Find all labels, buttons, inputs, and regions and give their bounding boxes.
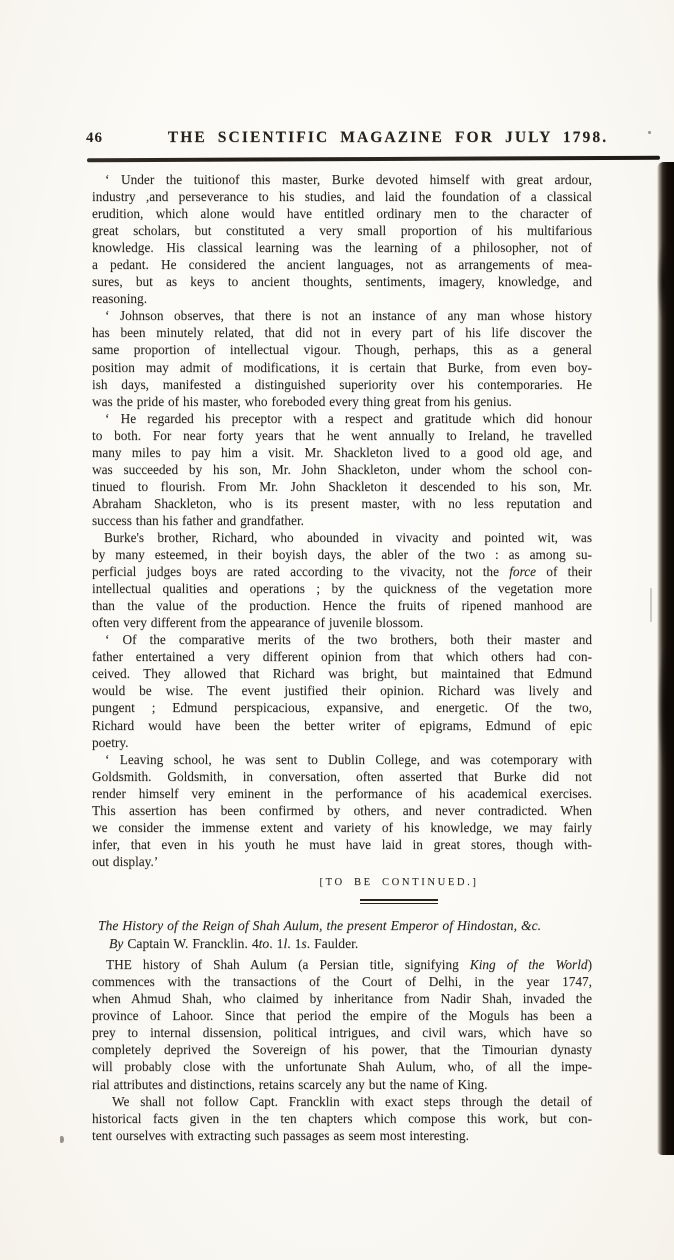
scan-speck (648, 131, 651, 134)
text-line: historical facts given in the ten chapte… (92, 1110, 592, 1127)
text-line: ‘ He regarded his preceptor with a respe… (92, 410, 592, 427)
journal-title: THE SCIENTIFIC MAGAZINE FOR JULY 1798. (150, 129, 626, 147)
text-line: reasoning. (92, 290, 592, 307)
header-rule (87, 156, 660, 162)
article-paragraph: ‘ He regarded his preceptor with a respe… (92, 410, 592, 529)
article-paragraph: ‘ Leaving school, he was sent to Dublin … (92, 751, 592, 870)
text-line: ‘ Leaving school, he was sent to Dublin … (92, 751, 592, 768)
text-line: tinued to flourish. From Mr. John Shackl… (92, 478, 592, 495)
review-title: The History of the Reign of Shah Aulum, … (92, 917, 592, 952)
review-byline: By Captain W. Francklin. 4to. 1l. 1s. Fa… (92, 935, 592, 953)
text-line: Goldsmith. Goldsmith, in conversation, o… (92, 768, 592, 785)
text-line: Burke's brother, Richard, who abounded i… (92, 529, 592, 546)
text-line: We shall not follow Capt. Francklin with… (92, 1093, 592, 1110)
review-title-line: The History of the Reign of Shah Aulum, … (92, 917, 592, 935)
text-line: Abraham Shackleton, who is its present m… (92, 495, 592, 512)
text-line: when Ahmud Shah, who claimed by inherita… (92, 990, 592, 1007)
to-be-continued-label: [TO BE CONTINUED.] (149, 874, 649, 891)
scan-speck (650, 588, 652, 622)
text-line: than the value of the production. Hence … (92, 597, 592, 614)
book-edge-shadow (657, 162, 674, 1155)
text-line: prey to internal dissension, political i… (92, 1024, 592, 1041)
scanned-magazine-page: 46 THE SCIENTIFIC MAGAZINE FOR JULY 1798… (0, 0, 674, 1260)
text-line: same proportion of intellectual vigour. … (92, 341, 592, 358)
section-divider-rule (360, 899, 438, 904)
article-paragraph: ‘ Johnson observes, that there is not an… (92, 307, 592, 409)
text-line: pungent ; Edmund perspicacious, expansiv… (92, 699, 592, 716)
text-line: industry ,and perseverance to his studie… (92, 188, 592, 205)
article-paragraph: Burke's brother, Richard, who abounded i… (92, 529, 592, 631)
text-line: ‘ Of the comparative merits of the two b… (92, 631, 592, 648)
text-line: ish days, manifested a distinguished sup… (92, 376, 592, 393)
text-line: knowledge. His classical learning was th… (92, 239, 592, 256)
text-line: This assertion has been confirmed by oth… (92, 802, 592, 819)
text-line: render himself very eminent in the perfo… (92, 785, 592, 802)
text-line: would be wise. The event justified their… (92, 682, 592, 699)
text-line: success than his father and grandfather. (92, 512, 592, 529)
text-line: ‘ Under the tuitionof this master, Burke… (92, 171, 592, 188)
text-line: by many esteemed, in their boyish days, … (92, 546, 592, 563)
text-line: infer, that even in his youth he must ha… (92, 836, 592, 853)
text-line: will probably close with the unfortunate… (92, 1058, 592, 1075)
text-line: ceived. They allowed that Richard was br… (92, 665, 592, 682)
text-line: ‘ Johnson observes, that there is not an… (92, 307, 592, 324)
text-line: out display.’ (92, 853, 592, 870)
text-line: position may admit of modifications, it … (92, 359, 592, 376)
text-line: tent ourselves with extracting such pass… (92, 1127, 592, 1144)
text-line: sures, but as keys to ancient thoughts, … (92, 273, 592, 290)
text-line: rial attributes and distinctions, retain… (92, 1076, 592, 1093)
text-line: we consider the immense extent and varie… (92, 819, 592, 836)
text-line: to both. For near forty years that he we… (92, 427, 592, 444)
text-line: father entertained a very different opin… (92, 648, 592, 665)
review-paragraph: THE history of Shah Aulum (a Persian tit… (92, 956, 592, 1092)
review-paragraph: We shall not follow Capt. Francklin with… (92, 1093, 592, 1144)
text-line: intellectual qualities and operations ; … (92, 580, 592, 597)
page-text-block: ‘ Under the tuitionof this master, Burke… (92, 171, 592, 1144)
text-line: perficial judges boys are rated accordin… (92, 563, 592, 580)
text-line: province of Lahoor. Since that period th… (92, 1007, 592, 1024)
page-number: 46 (86, 130, 103, 147)
scan-speck (60, 1136, 64, 1143)
text-line: poetry. (92, 734, 592, 751)
text-line: THE history of Shah Aulum (a Persian tit… (92, 956, 592, 973)
text-line: completely deprived the Sovereign of his… (92, 1041, 592, 1058)
article-paragraph: ‘ Of the comparative merits of the two b… (92, 631, 592, 750)
text-line: was succeeded by his son, Mr. John Shack… (92, 461, 592, 478)
article-paragraph: ‘ Under the tuitionof this master, Burke… (92, 171, 592, 307)
text-line: Richard would have been the better write… (92, 717, 592, 734)
text-line: commences with the transactions of the C… (92, 973, 592, 990)
to-be-continued-divider: [TO BE CONTINUED.] (149, 874, 649, 908)
text-line: often very different from the appearance… (92, 614, 592, 631)
text-line: was the pride of his master, who forebod… (92, 393, 592, 410)
text-line: great scholars, but constituted a very s… (92, 222, 592, 239)
text-line: has been minutely related, that did not … (92, 324, 592, 341)
text-line: many miles to pay him a visit. Mr. Shack… (92, 444, 592, 461)
text-line: erudition, which alone would have entitl… (92, 205, 592, 222)
text-line: a pedant. He considered the ancient lang… (92, 256, 592, 273)
